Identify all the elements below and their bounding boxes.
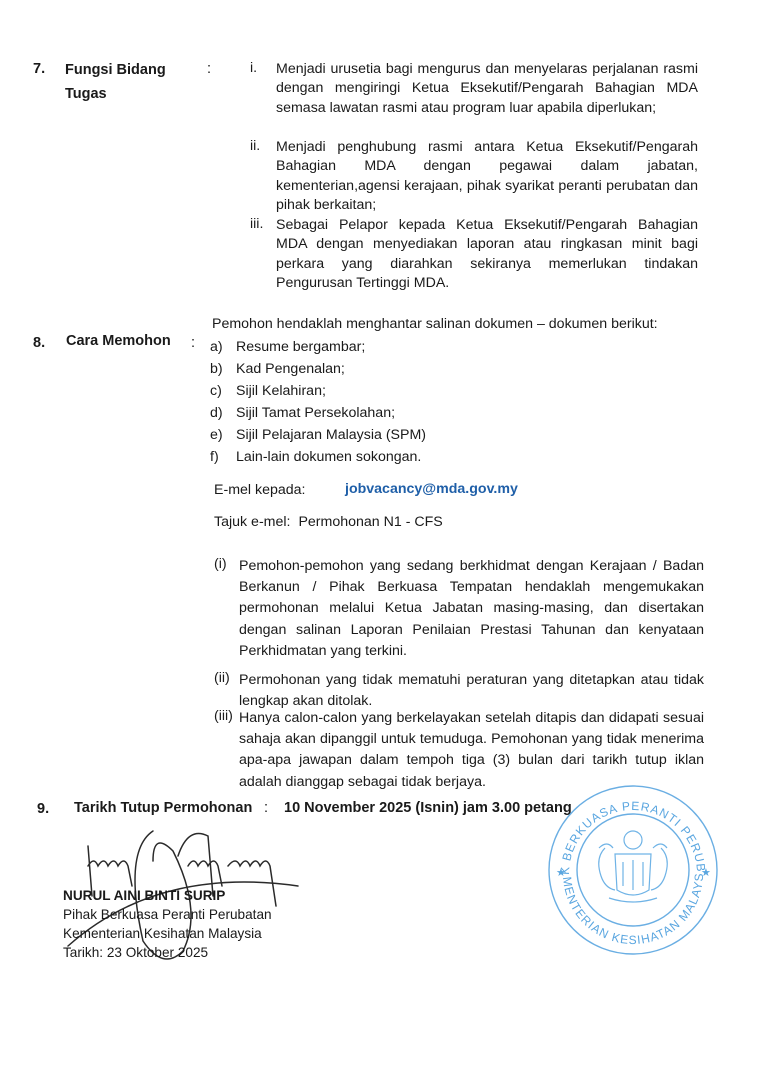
svg-text:PIHAK BERKUASA PERANTI PERUBAT: PIHAK BERKUASA PERANTI PERUBATAN	[543, 778, 708, 875]
note-marker: (i)	[214, 556, 227, 572]
duty-item: ii. Menjadi penghubung rasmi antara Ketu…	[250, 138, 698, 216]
duty-item: i. Menjadi urusetia bagi mengurus dan me…	[250, 60, 698, 118]
section-7-number: 7.	[33, 61, 45, 77]
duty-marker: ii.	[250, 138, 260, 154]
section-9-number: 9.	[37, 801, 49, 817]
section-8-colon: :	[191, 335, 195, 351]
duty-marker: i.	[250, 60, 257, 76]
email-label: E-mel kepada:	[214, 482, 305, 498]
duty-text: Sebagai Pelapor kepada Ketua Eksekutif/P…	[276, 216, 698, 294]
section-9-colon: :	[264, 800, 268, 816]
document-marker: f)	[210, 447, 219, 467]
document-marker: e)	[210, 425, 223, 445]
signatory-date: Tarikh: 23 Oktober 2025	[63, 943, 272, 962]
section-7-label-line-2: Tugas	[65, 82, 166, 106]
note-marker: (iii)	[214, 708, 233, 724]
note-item: (ii) Permohonan yang tidak mematuhi pera…	[214, 670, 704, 712]
email-subject-label: Tajuk e-mel:	[214, 514, 290, 530]
duty-text: Menjadi penghubung rasmi antara Ketua Ek…	[276, 138, 698, 216]
document-text: Resume bergambar;	[236, 337, 365, 357]
document-marker: c)	[210, 381, 222, 401]
signatory-organization: Pihak Berkuasa Peranti Perubatan	[63, 905, 272, 924]
section-9-label: Tarikh Tutup Permohonan	[74, 800, 252, 816]
note-text: Permohonan yang tidak mematuhi peraturan…	[239, 670, 704, 712]
section-8-label: Cara Memohon	[66, 330, 171, 352]
signatory-ministry: Kementerian Kesihatan Malaysia	[63, 924, 272, 943]
section-7-duties-list: i. Menjadi urusetia bagi mengurus dan me…	[250, 60, 698, 295]
stamp-top-text: PIHAK BERKUASA PERANTI PERUBATAN	[543, 778, 708, 875]
section-7-colon: :	[207, 61, 211, 77]
note-item: (i) Pemohon-pemohon yang sedang berkhidm…	[214, 556, 704, 662]
email-link[interactable]: jobvacancy@mda.gov.my	[345, 481, 518, 497]
official-stamp-icon: PIHAK BERKUASA PERANTI PERUBATAN KEMENTE…	[543, 778, 723, 958]
section-7-label: Fungsi Bidang Tugas	[65, 58, 166, 106]
svg-text:★: ★	[701, 866, 711, 879]
document-marker: d)	[210, 403, 223, 423]
duty-marker: iii.	[250, 216, 263, 232]
duty-text: Menjadi urusetia bagi mengurus dan menye…	[276, 60, 698, 118]
email-subject: Tajuk e-mel: Permohonan N1 - CFS	[214, 514, 443, 530]
document-marker: a)	[210, 337, 223, 357]
document-text: Sijil Kelahiran;	[236, 381, 326, 401]
closing-date-value: 10 November 2025 (Isnin) jam 3.00 petang	[284, 800, 572, 816]
document-marker: b)	[210, 359, 223, 379]
section-8-intro: Pemohon hendaklah menghantar salinan dok…	[212, 316, 658, 332]
document-text: Lain-lain dokumen sokongan.	[236, 447, 421, 467]
document-text: Kad Pengenalan;	[236, 359, 345, 379]
note-text: Pemohon-pemohon yang sedang berkhidmat d…	[239, 556, 704, 662]
note-marker: (ii)	[214, 670, 230, 686]
email-subject-value: Permohonan N1 - CFS	[298, 514, 442, 530]
signatory-name: NURUL AINI BINTI SURIP	[63, 886, 272, 905]
duty-item: iii. Sebagai Pelapor kepada Ketua Ekseku…	[250, 216, 698, 294]
section-8-number: 8.	[33, 335, 45, 351]
signatory-block: NURUL AINI BINTI SURIP Pihak Berkuasa Pe…	[63, 886, 272, 962]
document-text: Sijil Tamat Persekolahan;	[236, 403, 395, 423]
document-text: Sijil Pelajaran Malaysia (SPM)	[236, 425, 426, 445]
section-7-label-line-1: Fungsi Bidang	[65, 58, 166, 82]
svg-text:★: ★	[556, 866, 566, 879]
